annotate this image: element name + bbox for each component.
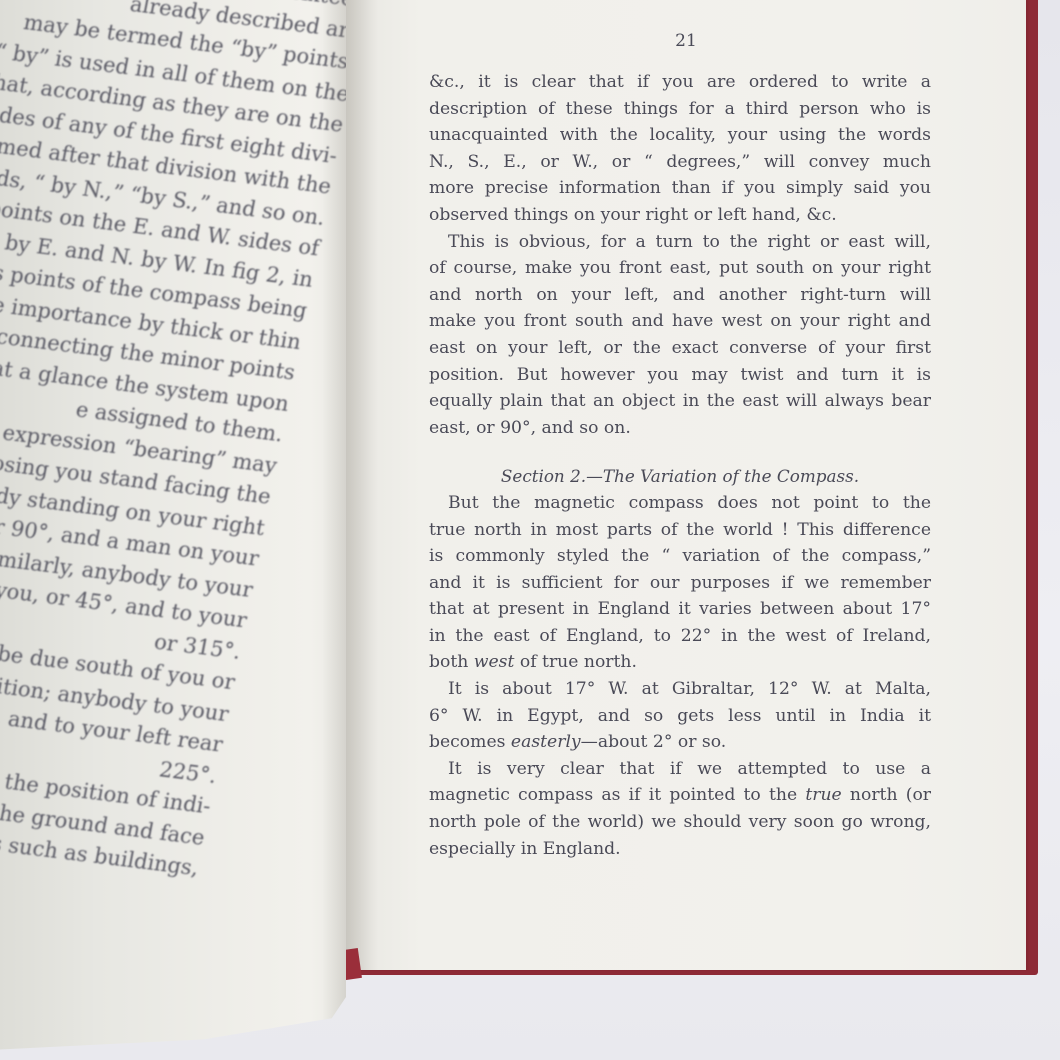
text-line: observed things on your right or left ha… [429, 202, 931, 229]
text-line: It is very clear that if we attempted to… [429, 756, 931, 783]
text-line: But the magnetic compass does not point … [429, 490, 931, 517]
text-line: magnetic compass as if it pointed to the… [429, 782, 931, 809]
text-line: position. But however you may twist and … [429, 362, 931, 389]
text-line: and it is sufficient for our purposes if… [429, 570, 931, 597]
paragraph-1: &c., it is clear that if you are ordered… [429, 69, 931, 229]
right-page-text: &c., it is clear that if you are ordered… [429, 69, 931, 862]
text-line: 6° W. in Egypt, and so gets less until i… [429, 703, 931, 730]
text-line: that at present in England it varies bet… [429, 596, 931, 623]
paragraph-2: This is obvious, for a turn to the right… [429, 229, 931, 442]
text-line: more precise information than if you sim… [429, 175, 931, 202]
left-page: ly, the sixteenalready described aremay … [0, 0, 346, 1050]
paragraph-4: It is about 17° W. at Gibraltar, 12° W. … [429, 676, 931, 756]
text-line: unacquainted with the locality, your usi… [429, 122, 931, 149]
text-line: and north on your left, and another righ… [429, 282, 931, 309]
text-line: make you front south and have west on yo… [429, 308, 931, 335]
page-number: 21 [338, 31, 1026, 51]
text-line: It is about 17° W. at Gibraltar, 12° W. … [429, 676, 931, 703]
text-line: north pole of the world) we should very … [429, 809, 931, 836]
paragraph-5: It is very clear that if we attempted to… [429, 756, 931, 862]
text-line: in the east of England, to 22° in the we… [429, 623, 931, 650]
text-line: &c., it is clear that if you are ordered… [429, 69, 931, 96]
paragraph-3: But the magnetic compass does not point … [429, 490, 931, 676]
text-line: east on your left, or the exact converse… [429, 335, 931, 362]
left-page-text: ly, the sixteenalready described aremay … [0, 0, 346, 885]
text-line: is commonly styled the “ variation of th… [429, 543, 931, 570]
text-line: of course, make you front east, put sout… [429, 255, 931, 282]
left-page-shade [322, 0, 346, 1050]
text-line: true north in most parts of the world ! … [429, 517, 931, 544]
text-line: especially in England. [429, 836, 931, 863]
text-line: description of these things for a third … [429, 96, 931, 123]
text-line: equally plain that an object in the east… [429, 388, 931, 415]
text-line: east, or 90°, and so on. [429, 415, 931, 442]
text-line: becomes easterly—about 2° or so. [429, 729, 931, 756]
section-heading: Section 2.—The Variation of the Compass. [429, 463, 931, 490]
text-line: This is obvious, for a turn to the right… [429, 229, 931, 256]
right-page: 21 &c., it is clear that if you are orde… [338, 0, 1026, 970]
photo-scene: 21 &c., it is clear that if you are orde… [0, 0, 1060, 1060]
text-line: both west of true north. [429, 649, 931, 676]
text-line: N., S., E., or W., or “ degrees,” will c… [429, 149, 931, 176]
